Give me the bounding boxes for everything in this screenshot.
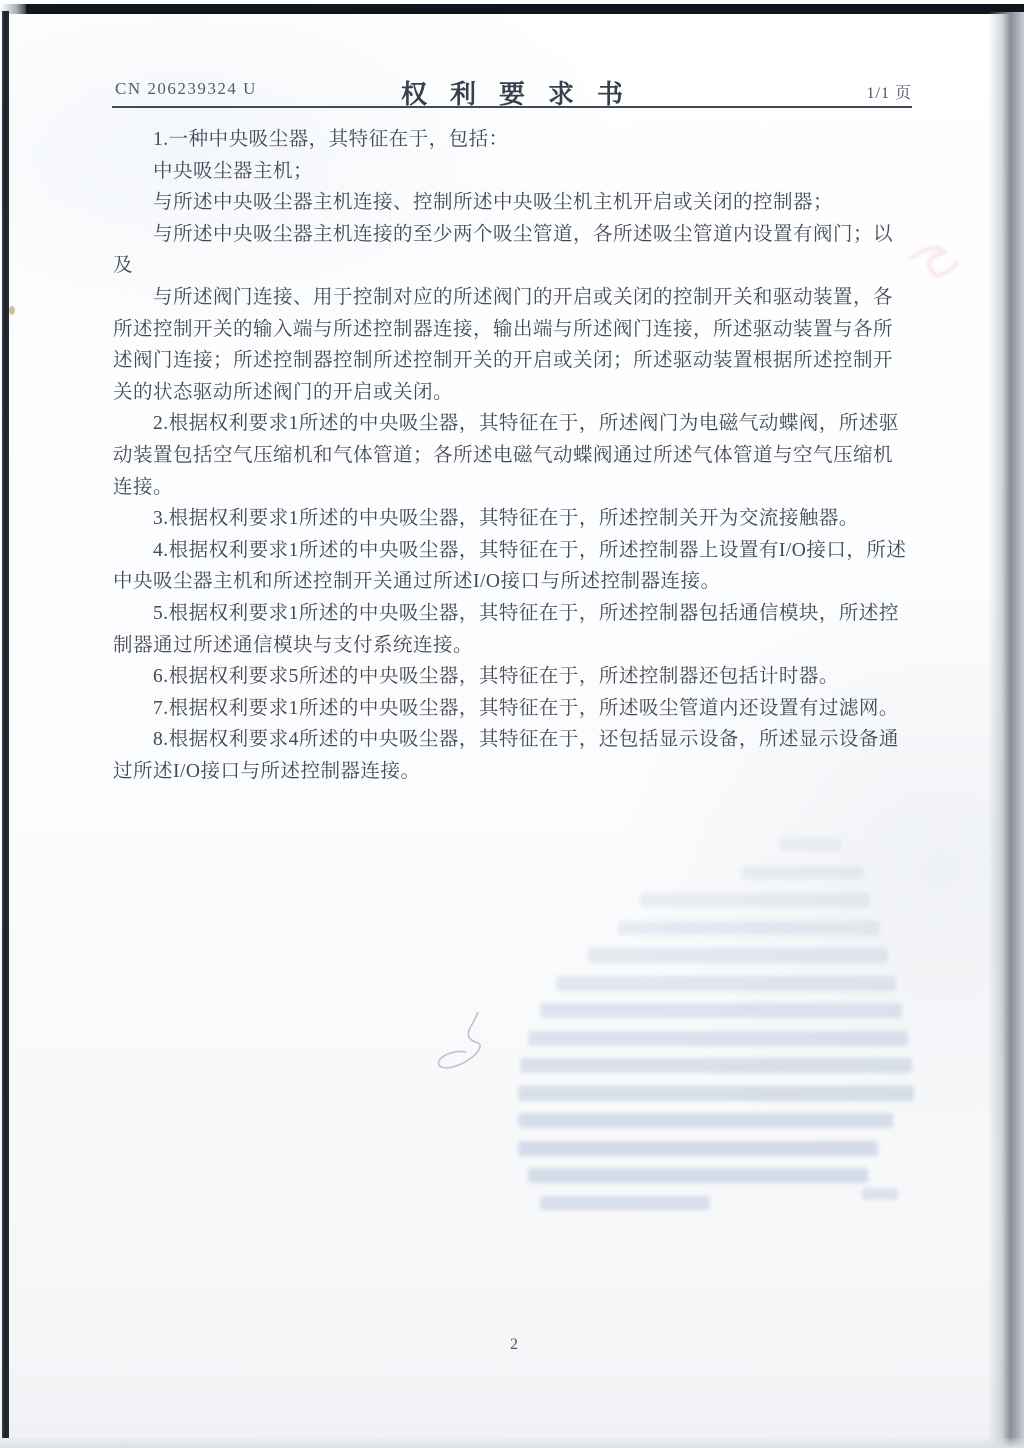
claim-line: 2.根据权利要求1所述的中央吸尘器，其特征在于，所述阀门为电磁气动蝶阀，所述驱	[113, 408, 915, 440]
claim-line: 6.根据权利要求5所述的中央吸尘器，其特征在于，所述控制器还包括计时器。	[113, 661, 915, 693]
paper-speck	[9, 306, 15, 315]
scan-edge-left	[2, 11, 9, 1438]
claim-line: 4.根据权利要求1所述的中央吸尘器，其特征在于，所述控制器上设置有I/O接口，所…	[113, 535, 915, 567]
pencil-squiggle	[418, 995, 508, 1090]
scan-edge-top	[26, 4, 1024, 14]
claim-line: 动装置包括空气压缩机和气体管道；各所述电磁气动蝶阀通过所述气体管道与空气压缩机	[113, 440, 915, 472]
claim-line: 关的状态驱动所述阀门的开启或关闭。	[113, 377, 915, 409]
claim-line: 及	[113, 250, 915, 282]
claim-line: 7.根据权利要求1所述的中央吸尘器，其特征在于，所述吸尘管道内还设置有过滤网。	[113, 693, 915, 725]
claim-line: 与所述中央吸尘器主机连接的至少两个吸尘管道，各所述吸尘管道内设置有阀门；以	[113, 219, 915, 251]
scanned-patent-page: CN 206239324 U 权利要求书 1/1 页 1.一种中央吸尘器，其特征…	[0, 0, 1024, 1448]
claim-line: 中央吸尘器主机和所述控制开关通过所述I/O接口与所述控制器连接。	[113, 566, 915, 598]
claims-text: 1.一种中央吸尘器，其特征在于，包括： 中央吸尘器主机； 与所述中央吸尘器主机连…	[113, 124, 915, 787]
header-rule	[112, 106, 912, 108]
claim-line: 连接。	[113, 472, 915, 504]
claim-line: 与所述阀门连接、用于控制对应的所述阀门的开启或关闭的控制开关和驱动装置，各	[113, 282, 915, 314]
claim-line: 述阀门连接；所述控制器控制所述控制开关的开启或关闭；所述驱动装置根据所述控制开	[113, 345, 915, 377]
claim-line: 制器通过所述通信模块与支付系统连接。	[113, 630, 915, 662]
claim-line: 与所述中央吸尘器主机连接、控制所述中央吸尘机主机开启或关闭的控制器；	[113, 187, 915, 219]
scan-edge-bottom	[0, 1438, 1024, 1448]
page-header: CN 206239324 U 权利要求书 1/1 页	[112, 74, 912, 104]
claim-line: 3.根据权利要求1所述的中央吸尘器，其特征在于，所述控制关开为交流接触器。	[113, 503, 915, 535]
claim-line: 过所述I/O接口与所述控制器连接。	[113, 756, 915, 788]
claim-line: 5.根据权利要求1所述的中央吸尘器，其特征在于，所述控制器包括通信模块，所述控	[113, 598, 915, 630]
page-indicator: 1/1 页	[867, 80, 912, 103]
claim-line: 中央吸尘器主机；	[113, 156, 915, 188]
footer-page-number: 2	[113, 1336, 915, 1354]
claim-line: 8.根据权利要求4所述的中央吸尘器，其特征在于，还包括显示设备，所述显示设备通	[113, 724, 915, 756]
claim-line: 1.一种中央吸尘器，其特征在于，包括：	[113, 124, 915, 156]
claim-line: 所述控制开关的输入端与所述控制器连接，输出端与所述阀门连接，所述驱动装置与各所	[113, 314, 915, 346]
scan-edge-right	[988, 12, 1024, 1448]
